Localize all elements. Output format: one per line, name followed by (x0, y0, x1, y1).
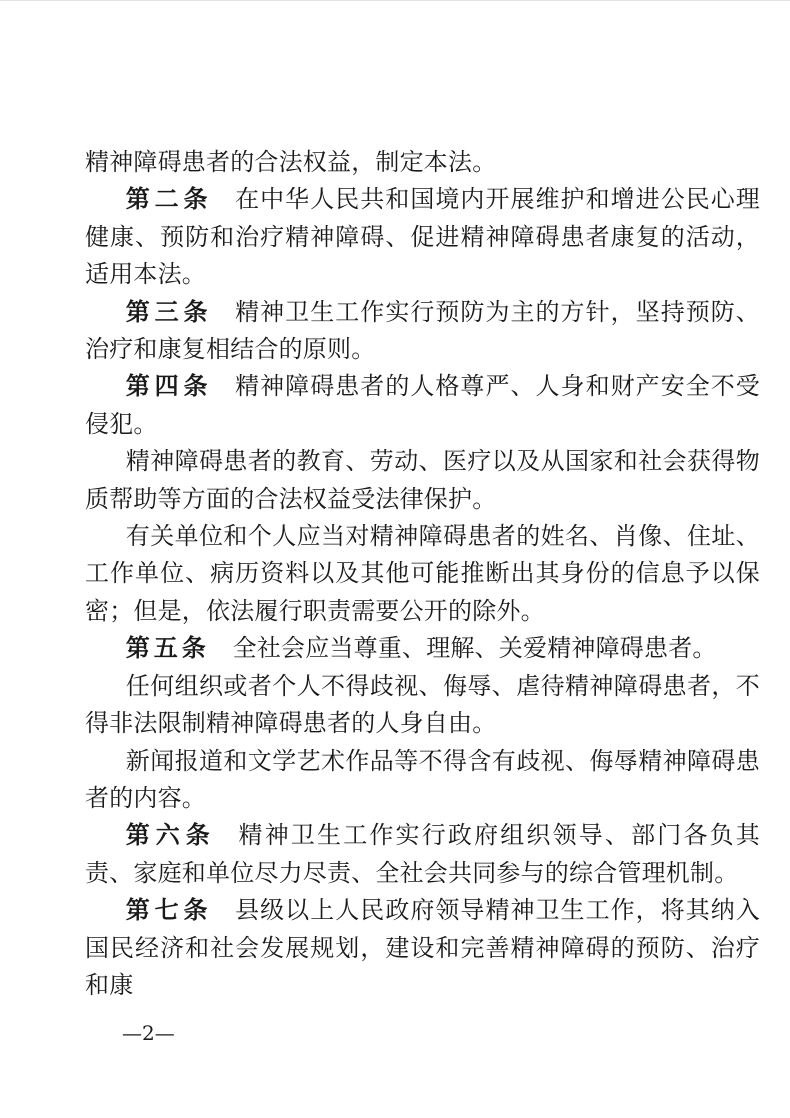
paragraph-9: 新闻报道和文学艺术作品等不得含有歧视、侮辱精神障碍患者的内容。 (85, 743, 760, 818)
paragraph-text: 全社会应当尊重、理解、关爱精神障碍患者。 (233, 634, 717, 662)
paragraph-text: 有关单位和个人应当对精神障碍患者的姓名、肖像、住址、工作单位、病历资料以及其他可… (85, 522, 760, 625)
paragraph-8: 任何组织或者个人不得歧视、侮辱、虐待精神障碍患者，不得非法限制精神障碍患者的人身… (85, 668, 760, 743)
paragraph-5: 精神障碍患者的教育、劳动、医疗以及从国家和社会获得物质帮助等方面的合法权益受法律… (85, 443, 760, 518)
article-number-label: 第五条 (126, 634, 210, 662)
paragraph-10: 第六条精神卫生工作实行政府组织领导、部门各负其责、家庭和单位尽力尽责、全社会共同… (85, 817, 760, 892)
paragraph-6: 有关单位和个人应当对精神障碍患者的姓名、肖像、住址、工作单位、病历资料以及其他可… (85, 518, 760, 630)
article-number-label: 第六条 (126, 821, 216, 849)
paragraph-text: 任何组织或者个人不得歧视、侮辱、虐待精神障碍患者，不得非法限制精神障碍患者的人身… (85, 672, 760, 737)
paragraph-11: 第七条县级以上人民政府领导精神卫生工作，将其纳入国民经济和社会发展规划，建设和完… (85, 892, 760, 1004)
paragraph-text: 精神障碍患者的合法权益，制定本法。 (85, 148, 496, 176)
document-page: 精神障碍患者的合法权益，制定本法。 第二条在中华人民共和国境内开展维护和增进公民… (0, 0, 790, 1118)
document-body: 精神障碍患者的合法权益，制定本法。 第二条在中华人民共和国境内开展维护和增进公民… (85, 144, 760, 1004)
page-number: —2— (122, 1021, 175, 1045)
paragraph-7: 第五条全社会应当尊重、理解、关爱精神障碍患者。 (85, 630, 760, 667)
paragraph-1: 精神障碍患者的合法权益，制定本法。 (85, 144, 760, 181)
page-footer: —2— (122, 1021, 175, 1045)
paragraph-4: 第四条精神障碍患者的人格尊严、人身和财产安全不受侵犯。 (85, 368, 760, 443)
paragraph-2: 第二条在中华人民共和国境内开展维护和增进公民心理健康、预防和治疗精神障碍、促进精… (85, 181, 760, 293)
article-number-label: 第七条 (126, 896, 213, 924)
article-number-label: 第三条 (126, 298, 213, 326)
paragraph-3: 第三条精神卫生工作实行预防为主的方针，坚持预防、治疗和康复相结合的原则。 (85, 294, 760, 369)
paragraph-text: 新闻报道和文学艺术作品等不得含有歧视、侮辱精神障碍患者的内容。 (85, 747, 760, 812)
article-number-label: 第二条 (126, 185, 213, 213)
article-number-label: 第四条 (126, 372, 213, 400)
paragraph-text: 精神障碍患者的教育、劳动、医疗以及从国家和社会获得物质帮助等方面的合法权益受法律… (85, 447, 760, 512)
